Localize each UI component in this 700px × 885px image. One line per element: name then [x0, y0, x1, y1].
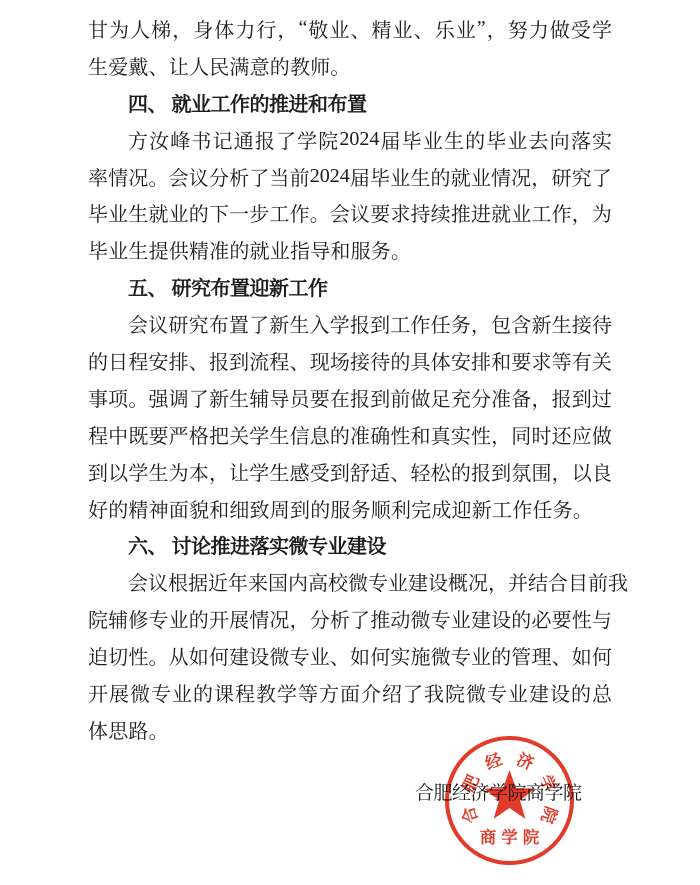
- document-page: 甘为人梯，身体力行，“敬业、精业、乐业”，努力做受学生爱戴、让人民满意的教师。四…: [0, 0, 700, 885]
- seal-ring-char: 学: [536, 772, 561, 796]
- section-heading-line: 六、 讨论推进落实微专业建设: [88, 526, 612, 563]
- text-line: 率情况。会议分析了当前2024届毕业生的就业情况，研究了: [88, 158, 612, 195]
- section-heading-line: 五、 研究布置迎新工作: [88, 268, 612, 305]
- text-line: 事项。强调了新生辅导员要在报到前做足充分准备，报到过: [88, 379, 612, 416]
- seal-ring-char: 合: [457, 803, 482, 826]
- text-line: 迫切性。从如何建设微专业、如何实施微专业的管理、如何: [88, 637, 612, 674]
- text-line: 开展微专业的课程教学等方面介绍了我院微专业建设的总: [88, 674, 612, 711]
- seal-ring-char: 济: [514, 749, 537, 774]
- text-line: 好的精神面貌和细致周到的服务顺利完成迎新工作任务。: [88, 490, 612, 527]
- text-line: 甘为人梯，身体力行，“敬业、精业、乐业”，努力做受学: [88, 10, 612, 47]
- seal-ring-char: 经: [483, 749, 506, 773]
- text-line: 毕业生就业的下一步工作。会议要求持续推进就业工作，为: [88, 194, 612, 231]
- text-line: 的日程安排、报到流程、现场接待的具体安排和要求等有关: [88, 342, 612, 379]
- seal-graphic: 合肥经济学院 商学院: [442, 733, 577, 868]
- section-heading-line: 四、 就业工作的推进和布置: [88, 84, 612, 121]
- text-line: 到以学生为本，让学生感受到舒适、轻松的报到氛围，以良: [88, 453, 612, 490]
- text-line: 会议研究布置了新生入学报到工作任务，包含新生接待: [88, 305, 612, 342]
- star-icon: [484, 770, 535, 819]
- seal-ring-char: 院: [537, 804, 562, 827]
- seal-ring-char: 肥: [459, 772, 483, 795]
- official-seal-stamp: 合肥经济学院 商学院: [442, 733, 577, 868]
- seal-bottom-text: 商学院: [480, 827, 545, 847]
- text-line: 会议根据近年来国内高校微专业建设概况，并结合目前我: [88, 563, 612, 600]
- text-line: 程中既要严格把关学生信息的准确性和真实性，同时还应做: [88, 416, 612, 453]
- text-line: 生爱戴、让人民满意的教师。: [88, 47, 612, 84]
- text-line: 毕业生提供精准的就业指导和服务。: [88, 231, 612, 268]
- document-body: 甘为人梯，身体力行，“敬业、精业、乐业”，努力做受学生爱戴、让人民满意的教师。四…: [88, 10, 612, 748]
- text-line: 方汝峰书记通报了学院2024届毕业生的毕业去向落实: [88, 121, 612, 158]
- text-line: 院辅修专业的开展情况，分析了推动微专业建设的必要性与: [88, 600, 612, 637]
